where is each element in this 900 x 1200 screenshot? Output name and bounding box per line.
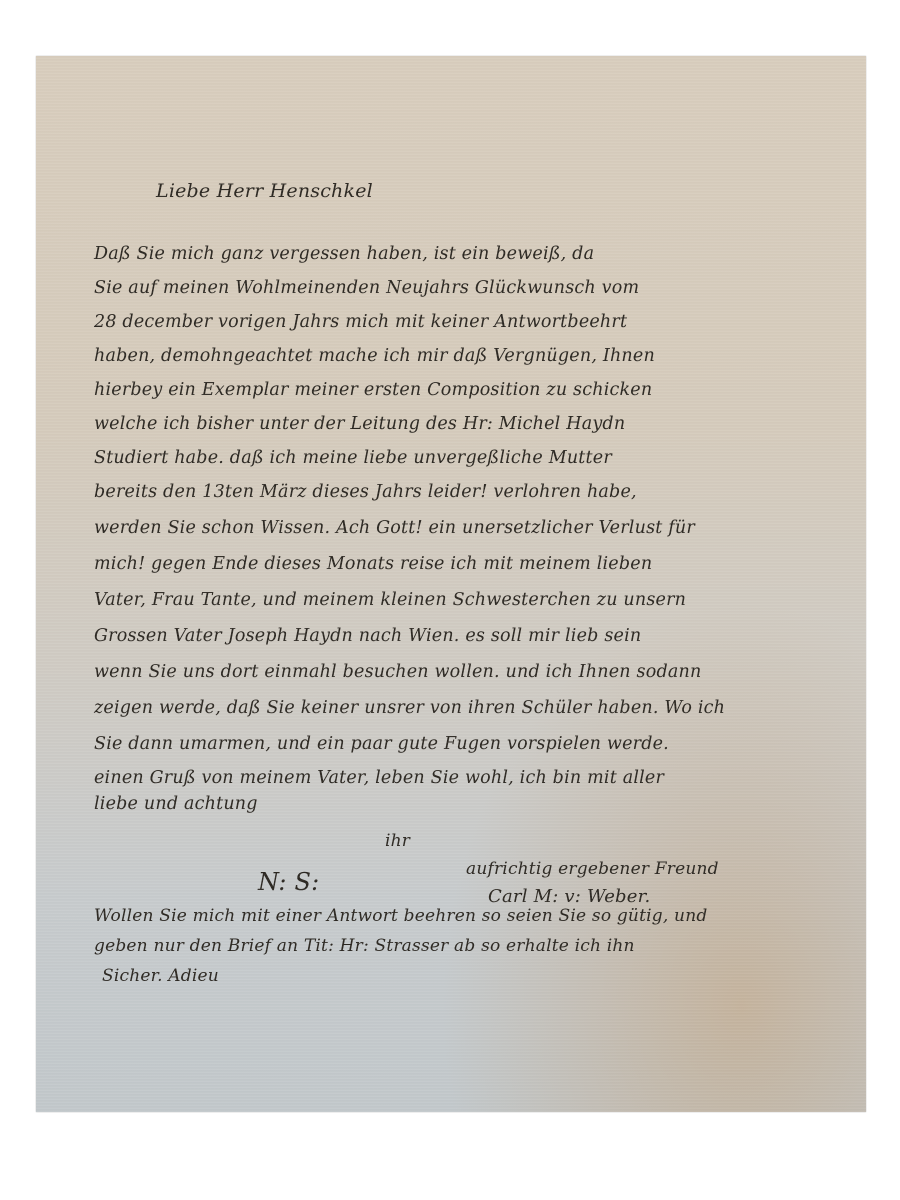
- letter-line: Sie auf meinen Wohlmeinenden Neujahrs Gl…: [94, 278, 639, 298]
- letter-line: Daß Sie mich ganz vergessen haben, ist e…: [94, 244, 594, 264]
- letter-salutation: Liebe Herr Henschkel: [156, 180, 373, 202]
- letter-line: welche ich bisher unter der Leitung des …: [94, 414, 625, 434]
- postscript-label: N: S:: [258, 868, 319, 896]
- postscript-line: Sicher. Adieu: [102, 966, 219, 986]
- letter-line: Vater, Frau Tante, und meinem kleinen Sc…: [94, 590, 686, 610]
- letter-line: Studiert habe. daß ich meine liebe unver…: [94, 448, 612, 468]
- letter-line: Sie dann umarmen, und ein paar gute Fuge…: [94, 734, 669, 754]
- letter-line: hierbey ein Exemplar meiner ersten Compo…: [94, 380, 652, 400]
- closing-ihr: ihr: [385, 831, 410, 851]
- letter-paper: Liebe Herr Henschkel Daß Sie mich ganz v…: [36, 56, 866, 1112]
- postscript-line: geben nur den Brief an Tit: Hr: Strasser…: [94, 936, 635, 956]
- letter-line: haben, demohngeachtet mache ich mir daß …: [94, 346, 655, 366]
- closing-friend: aufrichtig ergebener Freund: [466, 859, 719, 879]
- letter-line: Grossen Vater Joseph Haydn nach Wien. es…: [94, 626, 641, 646]
- letter-line: wenn Sie uns dort einmahl besuchen wolle…: [94, 662, 701, 682]
- letter-line: mich! gegen Ende dieses Monats reise ich…: [94, 554, 652, 574]
- letter-line: bereits den 13ten März dieses Jahrs leid…: [94, 482, 637, 502]
- letter-line: einen Gruß von meinem Vater, leben Sie w…: [94, 768, 664, 788]
- letter-line: liebe und achtung: [94, 794, 258, 814]
- signature: Carl M: v: Weber.: [488, 886, 650, 907]
- photo-stage: Liebe Herr Henschkel Daß Sie mich ganz v…: [0, 0, 900, 1200]
- letter-line: zeigen werde, daß Sie keiner unsrer von …: [94, 698, 725, 718]
- letter-line: 28 december vorigen Jahrs mich mit keine…: [94, 312, 627, 332]
- letter-line: werden Sie schon Wissen. Ach Gott! ein u…: [94, 518, 695, 538]
- postscript-line: Wollen Sie mich mit einer Antwort beehre…: [94, 906, 707, 926]
